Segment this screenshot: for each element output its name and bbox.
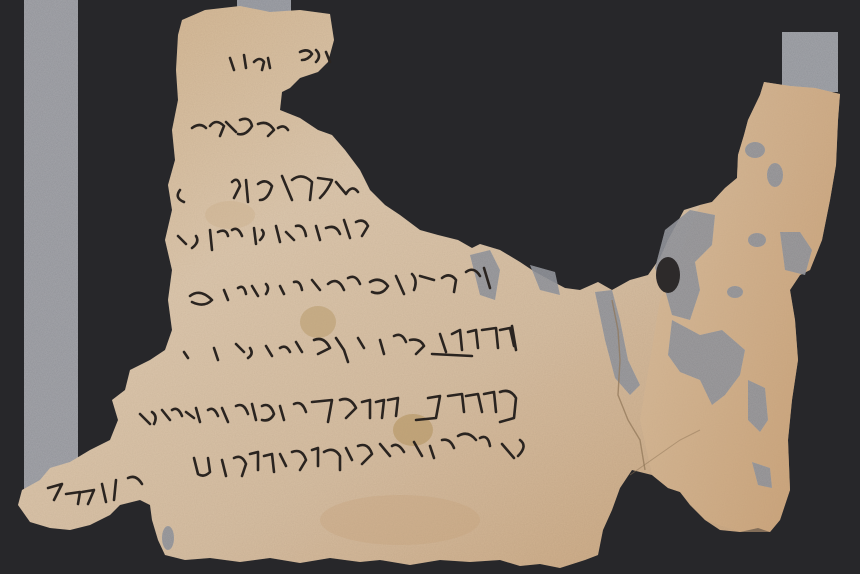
tape-top-right (782, 32, 838, 92)
stain (300, 306, 336, 338)
manuscript-fragment-illustration (0, 0, 860, 574)
manuscript-photo: Ancient Hebrew/Aramaic parchment manuscr… (0, 0, 860, 574)
tape-left (24, 0, 78, 505)
hole (656, 257, 680, 293)
